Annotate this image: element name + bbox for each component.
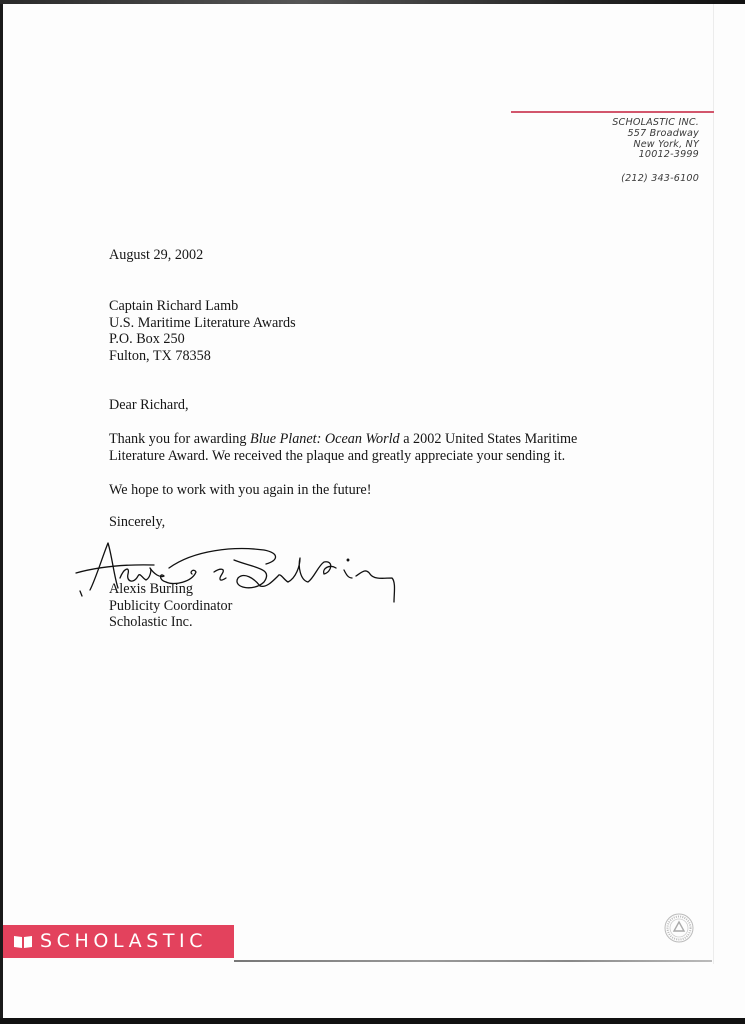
recipient-address: Captain Richard Lamb U.S. Maritime Liter… — [109, 298, 296, 364]
para1-suffix: a 2002 United States Maritime — [400, 431, 578, 447]
scholastic-footer-logo: SCHOLASTIC — [3, 925, 234, 958]
sender-company: Scholastic Inc. — [109, 614, 232, 631]
book-title: Blue Planet: Ocean World — [250, 431, 400, 447]
closing: Sincerely, — [109, 514, 165, 531]
recipient-po-box: P.O. Box 250 — [109, 331, 296, 348]
recipient-city: Fulton, TX 78358 — [109, 348, 296, 365]
scanner-edge-bottom — [0, 1018, 745, 1024]
recycled-seal-icon — [663, 912, 695, 944]
para1-line2: Literature Award. We received the plaque… — [109, 448, 577, 465]
letterhead-street: 557 Broadway — [612, 129, 699, 140]
sender-name: Alexis Burling — [109, 581, 232, 598]
open-book-icon — [13, 935, 33, 949]
body-paragraph-2: We hope to work with you again in the fu… — [109, 482, 371, 499]
paper-edge — [713, 4, 714, 964]
letterhead-rule — [511, 111, 714, 113]
footer-rule — [234, 960, 712, 962]
sender-block: Alexis Burling Publicity Coordinator Sch… — [109, 581, 232, 631]
letterhead-zip: 10012-3999 — [612, 150, 699, 161]
salutation: Dear Richard, — [109, 397, 189, 414]
recipient-organization: U.S. Maritime Literature Awards — [109, 315, 296, 332]
letterhead-phone: (212) 343-6100 — [612, 174, 699, 185]
scholastic-wordmark: SCHOLASTIC — [40, 932, 207, 951]
sender-title: Publicity Coordinator — [109, 598, 232, 615]
recipient-name: Captain Richard Lamb — [109, 298, 296, 315]
body-paragraph-1: Thank you for awarding Blue Planet: Ocea… — [109, 431, 577, 464]
letterhead-address: SCHOLASTIC INC. 557 Broadway New York, N… — [612, 118, 699, 185]
para1-prefix: Thank you for awarding — [109, 431, 250, 447]
letter-date: August 29, 2002 — [109, 247, 203, 264]
